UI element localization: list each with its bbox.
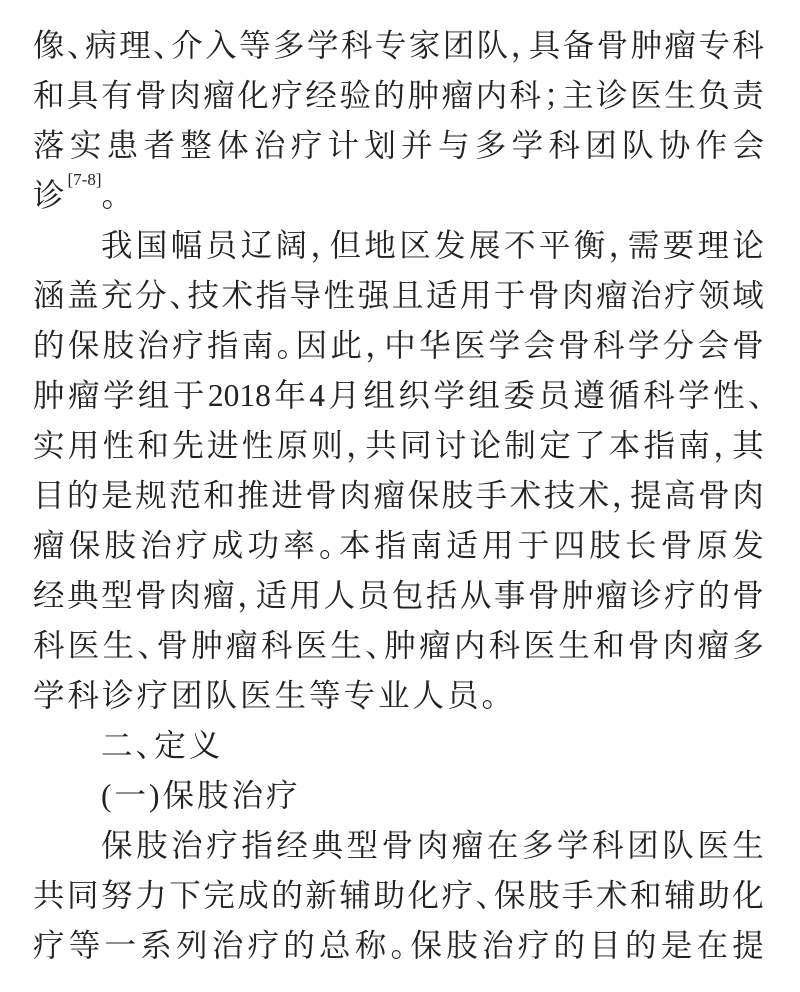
text-line: 的保肢治疗指南。因此，中华医学会骨科学分会骨 — [33, 321, 764, 371]
text-line: 像、病理、介入等多学科专家团队，具备骨肿瘤专科 — [33, 21, 764, 71]
text-line: 落实患者整体治疗计划并与多学科团队协作会 — [33, 121, 764, 171]
paragraph-first-line: 我国幅员辽阔，但地区发展不平衡，需要理论 — [33, 221, 764, 271]
paragraph-last-line: 学科诊疗团队医生等专业人员。 — [33, 671, 764, 721]
subsection-heading: (一)保肢治疗 — [33, 771, 764, 821]
sentence-period: 。 — [102, 178, 121, 213]
scanned-article-page: 像、病理、介入等多学科专家团队，具备骨肿瘤专科 和具有骨肉瘤化疗经验的肿瘤内科；… — [0, 0, 800, 992]
text-line: 实用性和先进性原则，共同讨论制定了本指南，其 — [33, 421, 764, 471]
citation-reference: [7-8] — [68, 170, 102, 189]
text-line: 疗等一系列治疗的总称。保肢治疗的目的是在提 — [33, 921, 764, 971]
section-heading: 二、定义 — [33, 721, 764, 771]
text-line: 目的是规范和推进骨肉瘤保肢手术技术，提高骨肉 — [33, 471, 764, 521]
text-line: 和具有骨肉瘤化疗经验的肿瘤内科；主诊医生负责 — [33, 71, 764, 121]
paragraph-first-line: 保肢治疗指经典型骨肉瘤在多学科团队医生 — [33, 821, 764, 871]
citation-line: 诊[7-8]。 — [33, 171, 764, 221]
text-line: 涵盖充分、技术指导性强且适用于骨肉瘤治疗领域 — [33, 271, 764, 321]
text-line: 共同努力下完成的新辅助化疗、保肢手术和辅助化 — [33, 871, 764, 921]
text-line: 瘤保肢治疗成功率。本指南适用于四肢长骨原发 — [33, 521, 764, 571]
citation-base-text: 诊 — [33, 178, 68, 213]
text-line: 科医生、骨肿瘤科医生、肿瘤内科医生和骨肉瘤多 — [33, 621, 764, 671]
text-line: 肿瘤学组于2018年4月组织学组委员遵循科学性、 — [33, 371, 764, 421]
text-line: 经典型骨肉瘤，适用人员包括从事骨肿瘤诊疗的骨 — [33, 571, 764, 621]
